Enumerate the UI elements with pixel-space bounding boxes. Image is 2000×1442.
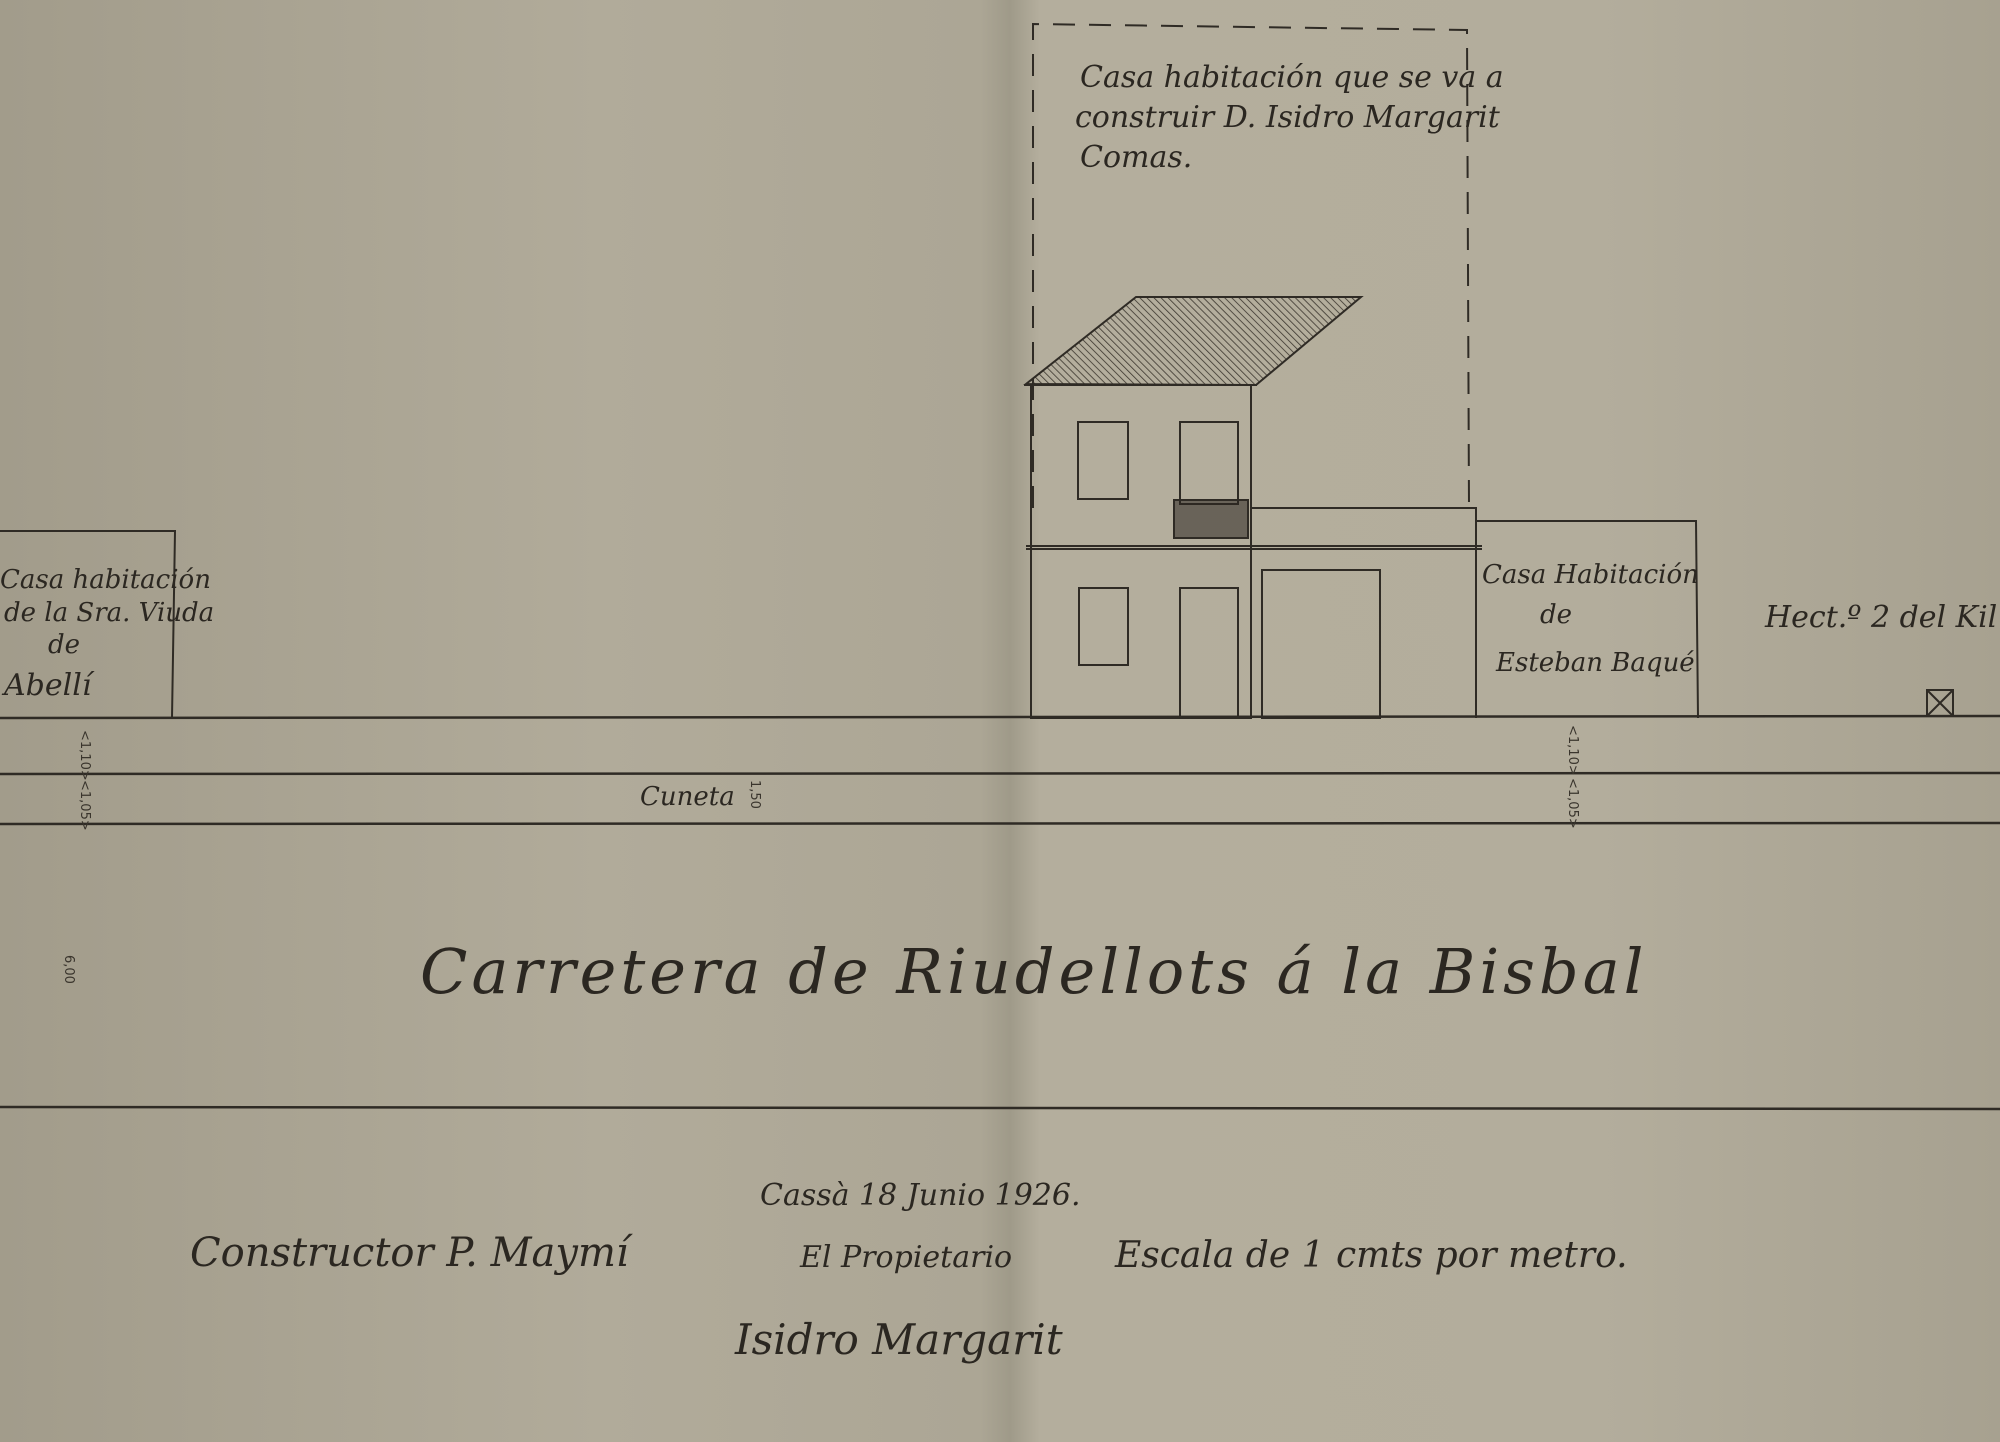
right-neighbor-box	[1476, 521, 1698, 718]
garage-door	[1262, 570, 1380, 718]
balcony	[1174, 500, 1248, 538]
drawing-sheet: Casa habitación que se va a construir D.…	[0, 0, 2000, 1442]
house-main	[1031, 385, 1251, 718]
annex	[1251, 508, 1476, 718]
owner-label: El Propietario	[800, 1240, 1012, 1275]
date-line: Cassà 18 Junio 1926.	[760, 1178, 1081, 1213]
dim-cuneta: 1,50	[747, 780, 762, 809]
dim-right-upper: <1,10>	[1565, 725, 1580, 776]
elevation-drawing	[0, 0, 2000, 1442]
left-neighbor-line-1: Casa habitación	[0, 565, 211, 595]
left-neighbor-line-2: de la Sra. Viuda	[4, 598, 214, 628]
dim-right-lower: <1,05>	[1565, 778, 1580, 829]
right-neighbor-line-1: Casa Habitación	[1482, 560, 1699, 590]
dim-left-lower: <1,05>	[77, 780, 92, 831]
right-neighbor-line-2: de	[1540, 600, 1572, 630]
left-neighbor-line-3: de	[48, 630, 80, 660]
dim-road-width: 6,00	[61, 955, 76, 984]
cuneta-label: Cuneta	[640, 782, 735, 812]
window-lower-left	[1079, 588, 1128, 665]
scale-label: Escala de 1 cmts por metro.	[1115, 1235, 1628, 1276]
window-upper-left	[1078, 422, 1128, 499]
roof	[1026, 297, 1361, 385]
owner-signature: Isidro Margarit	[735, 1315, 1063, 1364]
window-upper-right	[1180, 422, 1238, 504]
constructor-signature: Constructor P. Maymí	[190, 1230, 629, 1276]
road-title: Carretera de Riudellots á la Bisbal	[420, 935, 1647, 1008]
building-note-line-1: Casa habitación que se va a	[1080, 60, 1504, 95]
km-marker-label: Hect.º 2 del Kil.º 7	[1765, 600, 2000, 635]
left-neighbor-line-4: Abellí	[4, 668, 91, 703]
building-note-line-2: construir D. Isidro Margarit	[1075, 100, 1500, 135]
right-neighbor-line-3: Esteban Baqué	[1496, 648, 1695, 678]
building-note-line-3: Comas.	[1080, 140, 1192, 175]
door	[1180, 588, 1238, 718]
dim-left-upper: <1,10>	[77, 730, 92, 781]
